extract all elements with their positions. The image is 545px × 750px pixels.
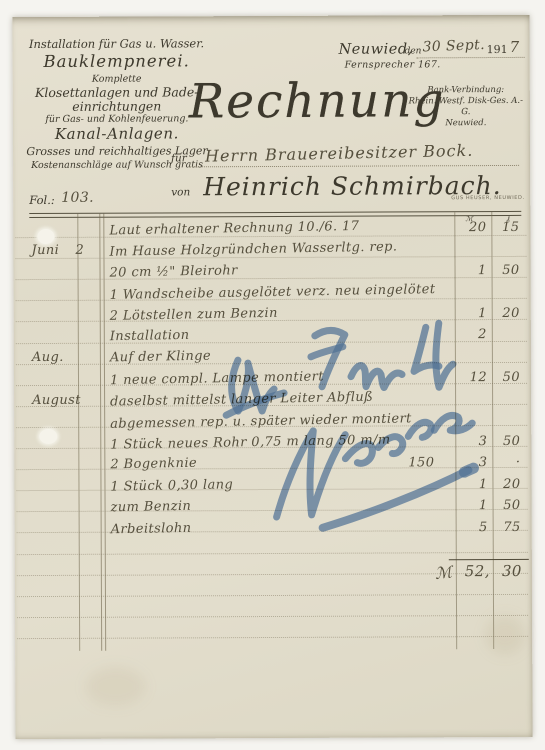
blue-stroke-scheck — [276, 431, 345, 517]
blue-pencil-annotation — [12, 15, 532, 739]
invoice-paper: Installation für Gas u. Wasser. Bauklemp… — [12, 15, 532, 739]
